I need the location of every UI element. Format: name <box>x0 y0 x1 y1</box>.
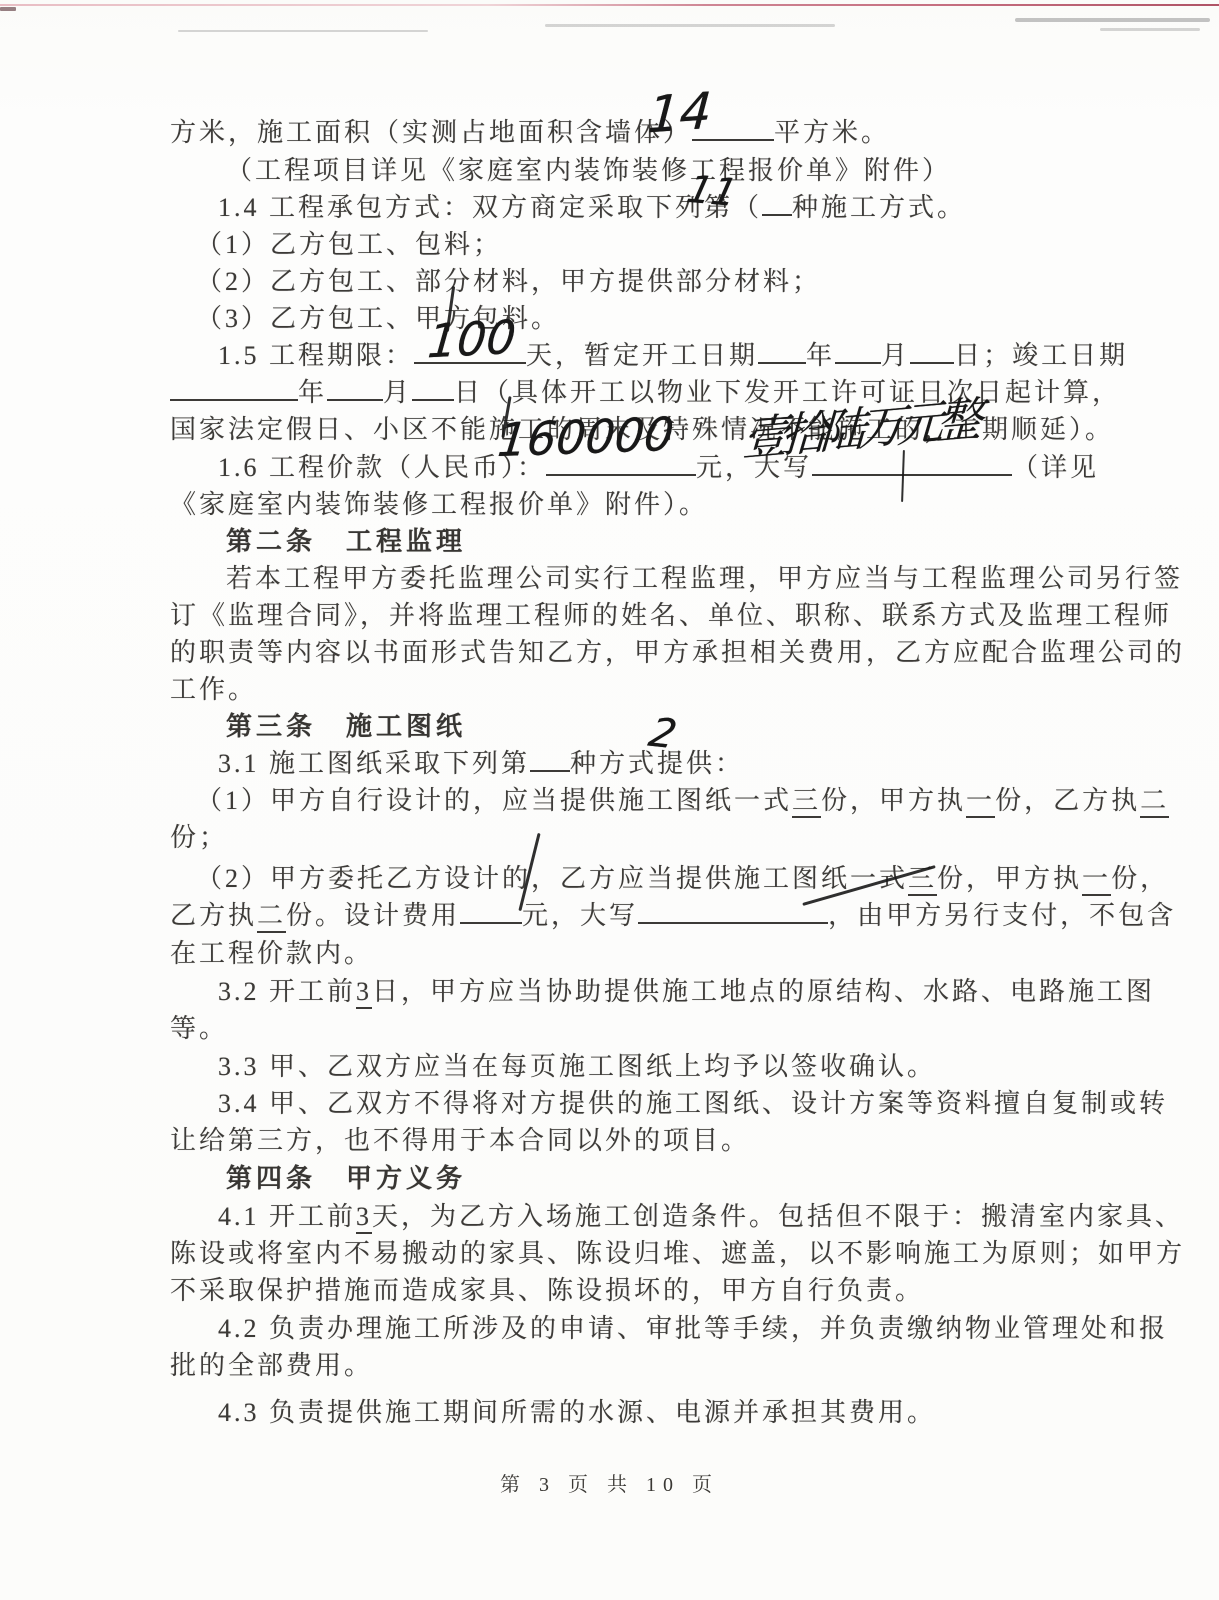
scanner-edge-line <box>0 4 1219 6</box>
text-line: 在工程价款内。 <box>170 933 373 970</box>
text-segment: （2）乙方包工、部分材料，甲方提供部分材料； <box>196 267 821 296</box>
text-line: 陈设或将室内不易搬动的家具、陈设归堆、遮盖，以不影响施工为原则；如甲方 <box>170 1233 1185 1270</box>
fill-in-blank <box>758 340 806 364</box>
text-line: 批的全部费用。 <box>170 1345 373 1382</box>
text-line: （2）乙方包工、部分材料，甲方提供部分材料； <box>196 261 821 298</box>
text-line: 乙方执二份。设计费用元，大写，由甲方另行支付，不包含 <box>170 895 1176 932</box>
text-line: 《家庭室内装饰装修工程报价单》附件）。 <box>170 484 708 521</box>
text-segment: ，由甲方另行支付，不包含 <box>828 901 1176 930</box>
text-segment: 元，大写 <box>522 901 638 930</box>
text-line: 订《监理合同》，并将监理工程师的姓名、单位、职称、联系方式及监理工程师 <box>170 595 1172 632</box>
text-segment: 月 <box>881 341 910 370</box>
underlined-term: 二 <box>257 901 286 933</box>
text-line: 方米，施工面积（实测占地面积含墙体）平方米。 <box>170 112 890 149</box>
text-segment: 订《监理合同》，并将监理工程师的姓名、单位、职称、联系方式及监理工程师 <box>170 601 1172 630</box>
scanned-contract-page: 方米，施工面积（实测占地面积含墙体）平方米。（工程项目详见《家庭室内装饰装修工程… <box>0 0 1219 1600</box>
page-number-footer: 第 3 页 共 10 页 <box>0 1468 1219 1497</box>
underlined-term: 二 <box>1140 786 1169 818</box>
text-segment: 种施工方式。 <box>792 193 966 222</box>
text-segment: 第二条 工程监理 <box>226 526 466 556</box>
text-segment: 4.1 开工前 <box>218 1202 356 1231</box>
text-segment: 1.4 工程承包方式：双方商定采取下列第（ <box>218 193 762 222</box>
text-line: 份； <box>170 817 228 854</box>
text-segment: 3.3 甲、乙双方应当在每页施工图纸上均予以签收确认。 <box>218 1052 936 1081</box>
hw-method-choice: 11 <box>684 170 741 212</box>
text-segment: 3.1 施工图纸采取下列第 <box>218 749 530 778</box>
scan-spot <box>0 7 16 11</box>
underlined-term: 3 <box>356 977 372 1009</box>
section-heading-line: 第二条 工程监理 <box>226 521 466 558</box>
text-segment: 日（具体开工以物业下发开工许可证日次日起计算， <box>454 378 1121 407</box>
text-segment: （1）甲方自行设计的，应当提供施工图纸一式 <box>196 786 792 815</box>
fill-in-blank <box>412 377 454 401</box>
text-line: 年月日（具体开工以物业下发开工许可证日次日起计算， <box>170 372 1121 409</box>
underlined-term: 一 <box>966 786 995 818</box>
text-line: 3.3 甲、乙双方应当在每页施工图纸上均予以签收确认。 <box>218 1046 936 1083</box>
text-segment: 份， <box>1111 864 1169 893</box>
text-segment: 让给第三方，也不得用于本合同以外的项目。 <box>170 1126 750 1155</box>
text-line: 的职责等内容以书面形式告知乙方，甲方承担相关费用，乙方应配合监理公司的 <box>170 632 1185 669</box>
text-line: （2）甲方委托乙方设计的，乙方应当提供施工图纸一式三份，甲方执一份， <box>196 858 1169 895</box>
fill-in-blank <box>762 192 792 216</box>
text-line: 工作。 <box>170 669 257 706</box>
section-heading-line: 第三条 施工图纸 <box>226 706 466 743</box>
text-line: 4.3 负责提供施工期间所需的水源、电源并承担其费用。 <box>218 1392 936 1429</box>
text-segment: 年 <box>806 341 835 370</box>
text-segment: 日，甲方应当协助提供施工地点的原结构、水路、电路施工图 <box>372 977 1155 1006</box>
text-segment: 日；竣工日期 <box>954 341 1128 370</box>
text-line: 3.4 甲、乙双方不得将对方提供的施工图纸、设计方案等资料擅自复制或转 <box>218 1083 1168 1120</box>
underlined-term: 三 <box>792 786 821 818</box>
fill-in-blank <box>460 900 522 924</box>
text-segment: 1.5 工程期限： <box>218 341 414 370</box>
text-segment: 在工程价款内。 <box>170 939 373 968</box>
text-line: 若本工程甲方委托监理公司实行工程监理，甲方应当与工程监理公司另行签 <box>226 558 1183 595</box>
text-segment: 《家庭室内装饰装修工程报价单》附件）。 <box>170 490 708 519</box>
underlined-term: 一 <box>1082 864 1111 896</box>
text-segment: 的职责等内容以书面形式告知乙方，甲方承担相关费用，乙方应配合监理公司的 <box>170 638 1185 667</box>
fill-in-blank <box>835 340 881 364</box>
text-segment: 等。 <box>170 1014 228 1043</box>
text-segment: 4.2 负责办理施工所涉及的申请、审批等手续，并负责缴纳物业管理处和报 <box>218 1314 1168 1343</box>
hw-area-sqm: 14 <box>646 86 713 141</box>
text-segment: 若本工程甲方委托监理公司实行工程监理，甲方应当与工程监理公司另行签 <box>226 564 1183 593</box>
text-segment: 3.4 甲、乙双方不得将对方提供的施工图纸、设计方案等资料擅自复制或转 <box>218 1089 1168 1118</box>
text-segment: 乙方执 <box>170 901 257 930</box>
text-line: 4.1 开工前3天，为乙方入场施工创造条件。包括但不限于：搬清室内家具、 <box>218 1196 1184 1233</box>
text-segment: （详见 <box>1012 453 1099 482</box>
text-segment: 份，甲方执 <box>821 786 966 815</box>
text-segment: 月 <box>383 378 412 407</box>
text-line: 不采取保护措施而造成家具、陈设损坏的，甲方自行负责。 <box>170 1270 924 1307</box>
text-segment: 天，为乙方入场施工创造条件。包括但不限于：搬清室内家具、 <box>372 1202 1184 1231</box>
section-heading-line: 第四条 甲方义务 <box>226 1158 466 1195</box>
text-line: 1.5 工程期限：天，暂定开工日期年月日；竣工日期 <box>218 335 1128 372</box>
text-line: 让给第三方，也不得用于本合同以外的项目。 <box>170 1120 750 1157</box>
text-segment: 批的全部费用。 <box>170 1351 373 1380</box>
hw-price-digits: 160000 <box>496 411 676 463</box>
fill-in-blank <box>530 748 570 772</box>
text-segment: 陈设或将室内不易搬动的家具、陈设归堆、遮盖，以不影响施工为原则；如甲方 <box>170 1239 1185 1268</box>
scan-streak <box>545 24 835 27</box>
text-line: （工程项目详见《家庭室内装饰装修工程报价单》附件） <box>226 150 951 187</box>
text-line: 4.2 负责办理施工所涉及的申请、审批等手续，并负责缴纳物业管理处和报 <box>218 1308 1168 1345</box>
text-segment: 3.2 开工前 <box>218 977 356 1006</box>
text-segment: 平方米。 <box>774 118 890 147</box>
text-segment: 天，暂定开工日期 <box>526 341 758 370</box>
text-segment: 份。设计费用 <box>286 901 460 930</box>
text-line: 等。 <box>170 1008 228 1045</box>
text-segment: 不采取保护措施而造成家具、陈设损坏的，甲方自行负责。 <box>170 1276 924 1305</box>
text-line: 3.2 开工前3日，甲方应当协助提供施工地点的原结构、水路、电路施工图 <box>218 971 1155 1008</box>
text-line: （1）乙方包工、包料； <box>196 224 502 261</box>
text-segment: 工作。 <box>170 675 257 704</box>
text-segment: 份，甲方执 <box>937 864 1082 893</box>
underlined-term: 3 <box>356 1202 372 1234</box>
scan-streak <box>178 30 428 32</box>
scan-streak <box>1015 18 1210 22</box>
fill-in-blank <box>327 377 383 401</box>
text-segment: 年 <box>298 378 327 407</box>
text-segment: 方米，施工面积（实测占地面积含墙体） <box>170 118 692 147</box>
fill-in-blank <box>170 377 298 401</box>
text-line: 1.4 工程承包方式：双方商定采取下列第（种施工方式。 <box>218 187 966 224</box>
text-segment: 第三条 施工图纸 <box>226 711 466 741</box>
text-segment: 份； <box>170 823 228 852</box>
hw-duration-days: 100 <box>426 314 518 365</box>
text-segment: 份，乙方执 <box>995 786 1140 815</box>
text-segment: 第四条 甲方义务 <box>226 1163 466 1193</box>
text-segment: （2）甲方委托乙方设计的，乙方应当提供施工图纸一式 <box>196 864 908 893</box>
fill-in-blank <box>910 340 954 364</box>
text-line: （1）甲方自行设计的，应当提供施工图纸一式三份，甲方执一份，乙方执二 <box>196 780 1169 817</box>
fill-in-blank <box>638 900 828 924</box>
text-segment: （1）乙方包工、包料； <box>196 230 502 259</box>
text-segment: （工程项目详见《家庭室内装饰装修工程报价单》附件） <box>226 156 951 185</box>
scan-streak <box>1100 28 1200 31</box>
text-segment: 4.3 负责提供施工期间所需的水源、电源并承担其费用。 <box>218 1398 936 1427</box>
